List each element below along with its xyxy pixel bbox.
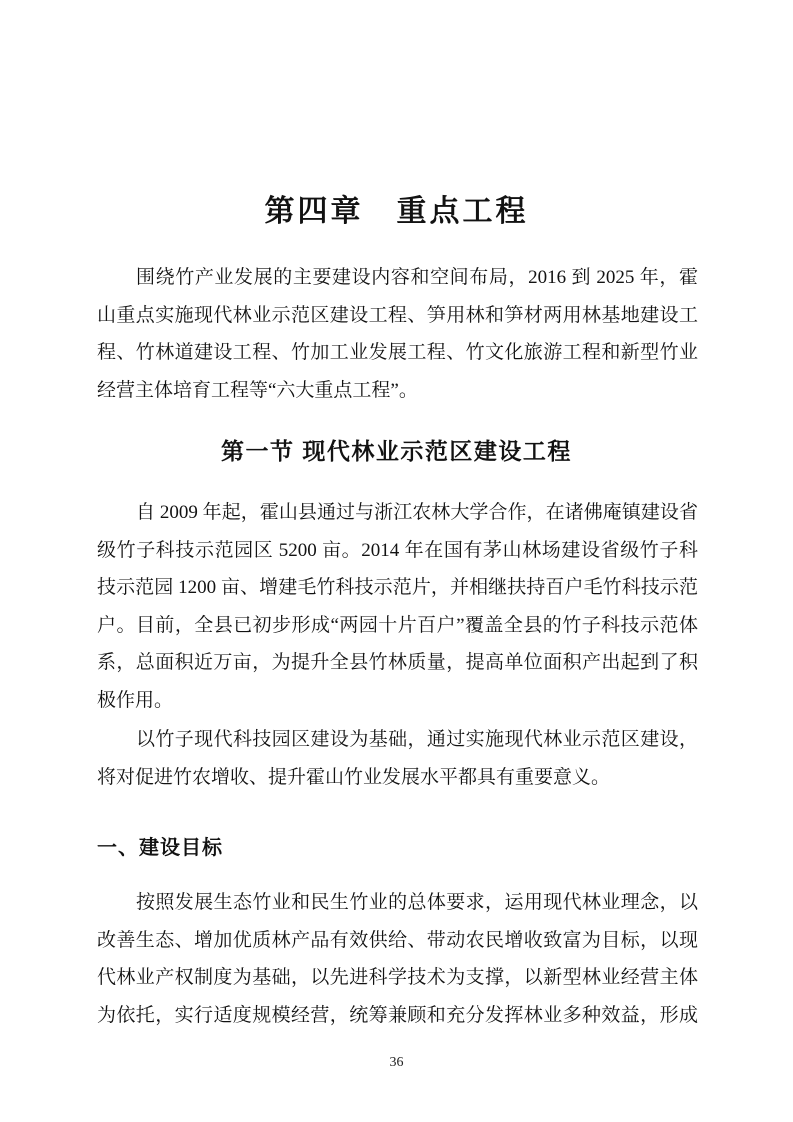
paragraph-line: 户。目前，全县已初步形成“两园十片百户”覆盖全县的竹子科技示范体 (97, 607, 698, 645)
paragraph-line: 程、竹林道建设工程、竹加工业发展工程、竹文化旅游工程和新型竹业 (97, 334, 698, 372)
paragraph-history: 自 2009 年起，霍山县通过与浙江农林大学合作，在诸佛庵镇建设省 级竹子科技示… (97, 494, 698, 719)
section-heading: 第一节 现代林业示范区建设工程 (0, 433, 793, 466)
paragraph-line: 围绕竹产业发展的主要建设内容和空间布局，2016 到 2025 年，霍 (97, 259, 698, 297)
paragraph-line: 按照发展生态竹业和民生竹业的总体要求，运用现代林业理念，以 (97, 884, 698, 922)
paragraph-line: 将对促进竹农增收、提升霍山竹业发展水平都具有重要意义。 (97, 759, 698, 797)
document-page: 第四章 重点工程 围绕竹产业发展的主要建设内容和空间布局，2016 到 2025… (0, 0, 793, 1122)
subsection-heading: 一、建设目标 (97, 831, 223, 860)
paragraph-line: 极作用。 (97, 682, 698, 720)
paragraph-line: 山重点实施现代林业示范区建设工程、笋用林和笋材两用林基地建设工 (97, 297, 698, 335)
paragraph-significance: 以竹子现代科技园区建设为基础，通过实施现代林业示范区建设， 将对促进竹农增收、提… (97, 721, 698, 796)
page-number: 36 (0, 1055, 793, 1071)
paragraph-goals: 按照发展生态竹业和民生竹业的总体要求，运用现代林业理念，以 改善生态、增加优质林… (97, 884, 698, 1034)
paragraph-line: 代林业产权制度为基础，以先进科学技术为支撑，以新型林业经营主体 (97, 959, 698, 997)
paragraph-overview: 围绕竹产业发展的主要建设内容和空间布局，2016 到 2025 年，霍 山重点实… (97, 259, 698, 409)
paragraph-line: 级竹子科技示范园区 5200 亩。2014 年在国有茅山林场建设省级竹子科 (97, 532, 698, 570)
paragraph-line: 技示范园 1200 亩、增建毛竹科技示范片，并相继扶持百户毛竹科技示范 (97, 569, 698, 607)
paragraph-line: 以竹子现代科技园区建设为基础，通过实施现代林业示范区建设， (97, 721, 698, 759)
paragraph-line: 自 2009 年起，霍山县通过与浙江农林大学合作，在诸佛庵镇建设省 (97, 494, 698, 532)
chapter-heading: 第四章 重点工程 (0, 186, 793, 230)
paragraph-line: 改善生态、增加优质林产品有效供给、带动农民增收致富为目标，以现 (97, 922, 698, 960)
paragraph-line: 经营主体培育工程等“六大重点工程”。 (97, 372, 698, 410)
paragraph-line: 系，总面积近万亩，为提升全县竹林质量，提高单位面积产出起到了积 (97, 644, 698, 682)
paragraph-line: 为依托，实行适度规模经营，统筹兼顾和充分发挥林业多种效益，形成 (97, 997, 698, 1035)
